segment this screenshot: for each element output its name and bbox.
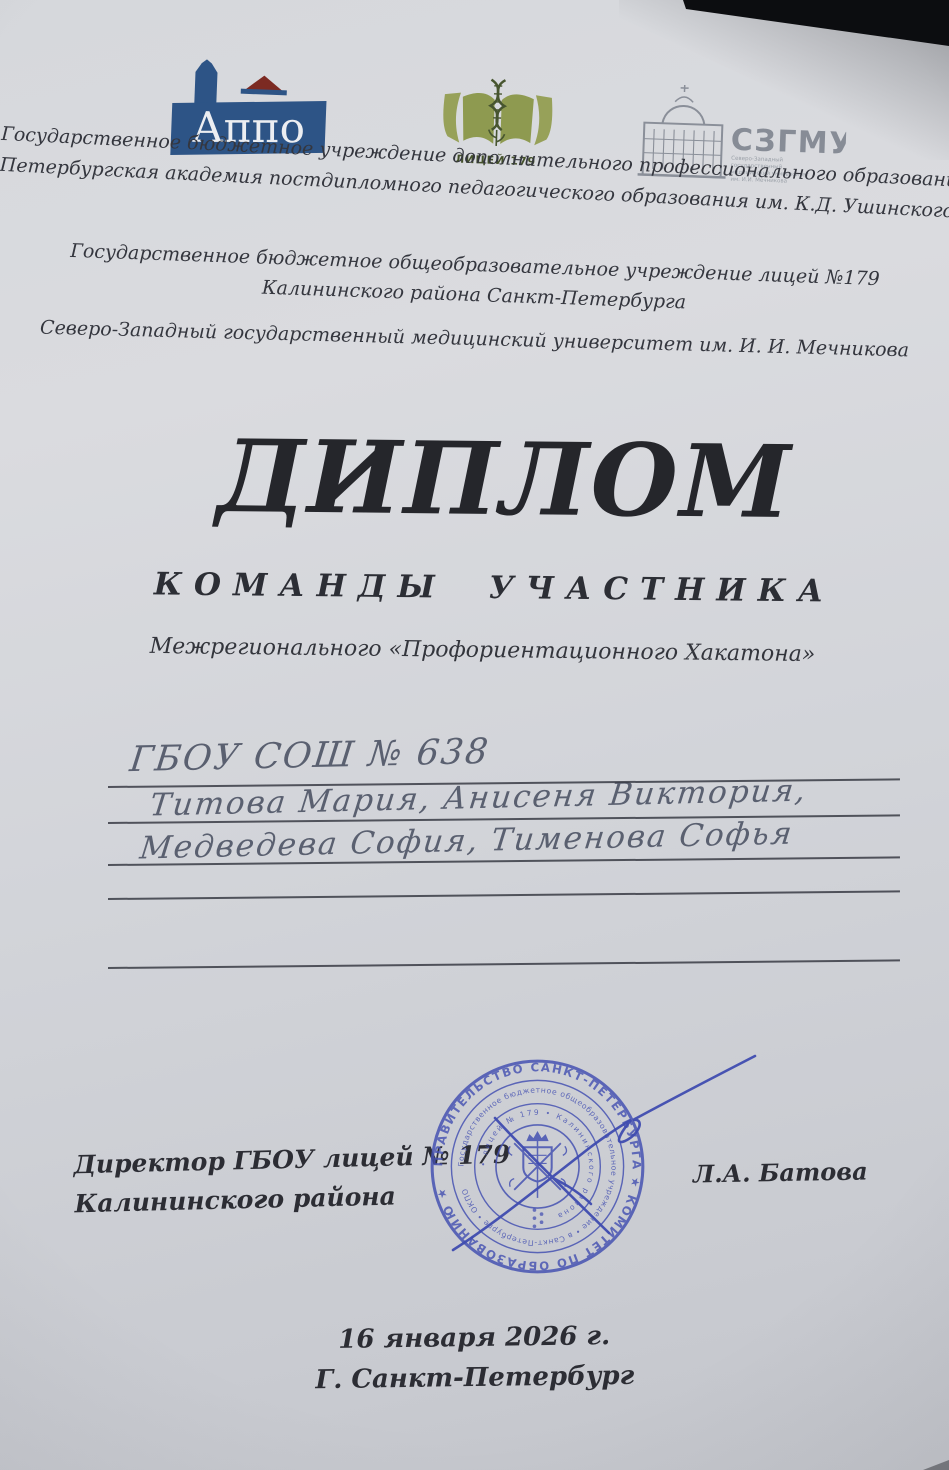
diploma-photo: Аппо ЛИЦЕЙ 179 — [0, 0, 949, 1470]
header-lyceum: Государственное бюджетное общеобразовате… — [0, 233, 949, 326]
subtitle-word-1: КОМАНДЫ — [154, 566, 447, 605]
backdrop-corner — [0, 0, 949, 60]
diploma-subtitle: КОМАНДЫУЧАСТНИКА — [20, 565, 949, 611]
event-name-line: Межрегионального «Профориентационного Ха… — [8, 632, 949, 669]
director-signature — [433, 1036, 765, 1268]
diploma-title: ДИПЛОМ — [29, 419, 949, 539]
book-left-page — [461, 92, 495, 143]
header-university: Северо-Западный государственный медицинс… — [0, 316, 949, 363]
write-in-rule-5 — [108, 959, 900, 969]
book-right-cover — [534, 95, 553, 146]
subtitle-word-2: УЧАСТНИКА — [488, 570, 835, 610]
appo-roof-shape — [245, 75, 284, 91]
handwritten-school: ГБОУ СОШ № 638 — [128, 732, 492, 780]
write-in-rule-4 — [108, 890, 900, 900]
book-left-cover — [442, 92, 461, 143]
book-right-page — [500, 94, 534, 145]
backdrop-bottom-notch — [923, 1460, 949, 1470]
header-line-5: Северо-Западный государственный медицинс… — [0, 316, 949, 363]
footer-block: 16 января 2026 г. Г. Санкт-Петербург — [0, 1311, 949, 1404]
signer-name: Л.А. Батова — [693, 1156, 868, 1188]
